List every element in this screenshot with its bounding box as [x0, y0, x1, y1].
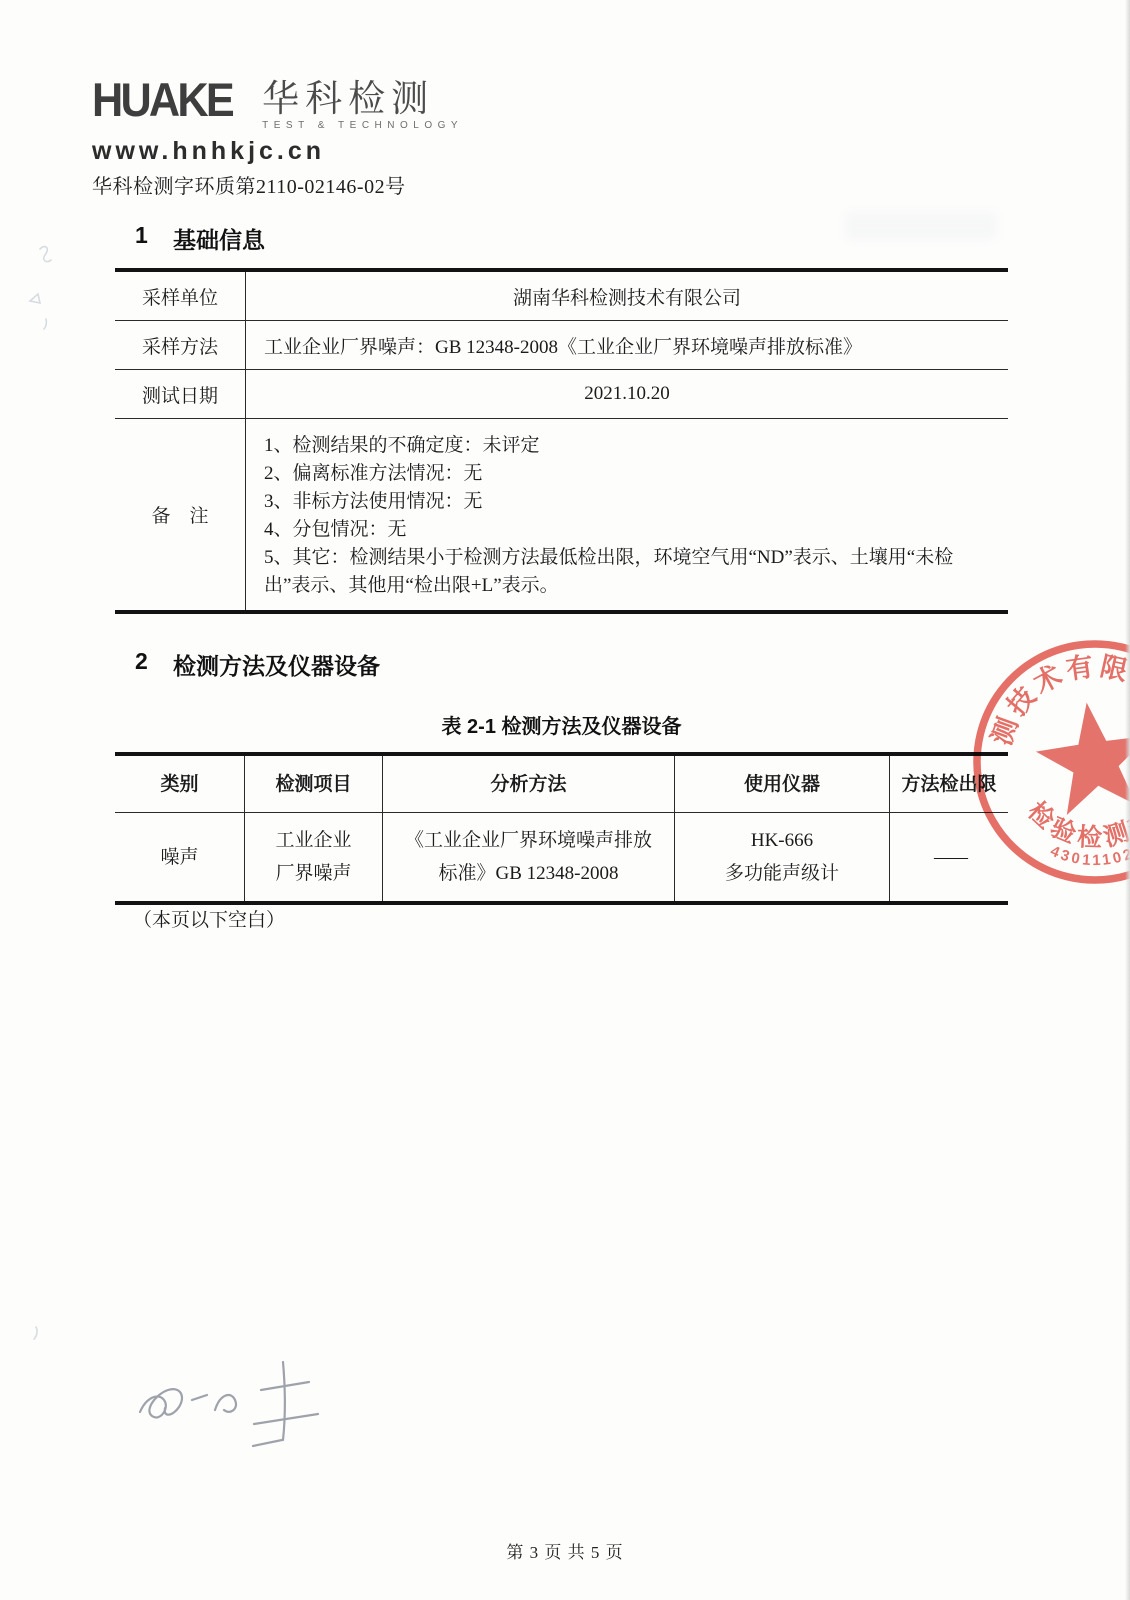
cell-test-item: 工业企业 厂界噪声	[245, 813, 383, 901]
cell-instrument: HK-666 多功能声级计	[675, 813, 890, 901]
company-logo: HUAKE 华科检测 TEST & TECHNOLOGY www.hnhkjc.…	[92, 80, 463, 166]
table-caption: 表 2-1 检测方法及仪器设备	[115, 710, 1008, 739]
document-page: HUAKE 华科检测 TEST & TECHNOLOGY www.hnhkjc.…	[0, 0, 1130, 1600]
header-analysis-method: 分析方法	[383, 756, 675, 812]
row-value-test-date: 2021.10.20	[246, 370, 1008, 418]
remark-line: 1、检测结果的不确定度：未评定	[264, 432, 540, 460]
cell-line: 《工业企业厂界环境噪声排放	[405, 824, 652, 857]
remark-line: 2、偏离标准方法情况：无	[264, 460, 483, 488]
cell-line: 工业企业	[275, 824, 351, 857]
section2-heading: 2 检测方法及仪器设备	[135, 648, 380, 681]
section2-title: 检测方法及仪器设备	[173, 648, 380, 681]
logo-tagline: TEST & TECHNOLOGY	[262, 120, 463, 131]
doc-number: 华科检测字环质第2110-02146-02号	[92, 170, 406, 199]
row-label-sampling-method: 采样方法	[115, 321, 246, 369]
cell-analysis-method: 《工业企业厂界环境噪声排放 标准》GB 12348-2008	[383, 813, 675, 901]
scan-edge	[1125, 0, 1130, 1600]
remark-label: 备 注	[115, 419, 246, 610]
page-footer: 第 3 页 共 5 页	[0, 1538, 1130, 1563]
section2-number: 2	[135, 648, 173, 681]
section1-title: 基础信息	[173, 222, 265, 255]
header-instrument: 使用仪器	[675, 756, 890, 812]
company-stamp-icon: 测技术有限公司 检验检测专用 43011102919	[945, 612, 1130, 912]
blank-page-note: （本页以下空白）	[133, 905, 285, 932]
cell-line: 标准》GB 12348-2008	[439, 857, 619, 890]
bleed-through-mark	[845, 212, 997, 240]
cell-line: 多功能声级计	[725, 857, 839, 890]
header-category: 类别	[115, 756, 245, 812]
section1-heading: 1 基础信息	[135, 222, 265, 255]
remark-line: 3、非标方法使用情况：无	[264, 488, 483, 516]
row-label-sampling-unit: 采样单位	[115, 272, 246, 320]
cell-line: 厂界噪声	[275, 857, 351, 890]
signature-scribble	[132, 1350, 342, 1455]
methods-table: 类别 检测项目 分析方法 使用仪器 方法检出限 噪声 工业企业 厂界噪声 《工业…	[115, 752, 1008, 905]
row-label-test-date: 测试日期	[115, 370, 246, 418]
section1-number: 1	[135, 222, 173, 255]
table-row: 采样方法 工业企业厂界噪声：GB 12348-2008《工业企业厂界环境噪声排放…	[115, 321, 1008, 370]
row-value-sampling-unit: 湖南华科检测技术有限公司	[246, 272, 1008, 320]
basic-info-table: 采样单位 湖南华科检测技术有限公司 采样方法 工业企业厂界噪声：GB 12348…	[115, 268, 1008, 614]
row-value-sampling-method: 工业企业厂界噪声：GB 12348-2008《工业企业厂界环境噪声排放标准》	[246, 321, 1008, 369]
website-text: www.hnhkjc.cn	[92, 137, 463, 166]
header-test-item: 检测项目	[245, 756, 383, 812]
table-row-remarks: 备 注 1、检测结果的不确定度：未评定 2、偏离标准方法情况：无 3、非标方法使…	[115, 419, 1008, 610]
remark-content: 1、检测结果的不确定度：未评定 2、偏离标准方法情况：无 3、非标方法使用情况：…	[246, 419, 1008, 610]
huake-logo-icon: HUAKE	[92, 80, 232, 120]
remark-line: 4、分包情况：无	[264, 516, 407, 544]
logo-chinese-name: 华科检测	[262, 80, 463, 118]
cell-category: 噪声	[115, 813, 245, 901]
cell-line: HK-666	[751, 824, 813, 857]
margin-specks	[20, 235, 80, 1435]
remark-line: 5、其它：检测结果小于检测方法最低检出限，环境空气用“ND”表示、土壤用“未检出…	[264, 544, 994, 600]
table-row: 噪声 工业企业 厂界噪声 《工业企业厂界环境噪声排放 标准》GB 12348-2…	[115, 813, 1008, 901]
table-row: 测试日期 2021.10.20	[115, 370, 1008, 419]
star-icon	[1030, 695, 1130, 818]
table-header-row: 类别 检测项目 分析方法 使用仪器 方法检出限	[115, 756, 1008, 813]
table-row: 采样单位 湖南华科检测技术有限公司	[115, 272, 1008, 321]
